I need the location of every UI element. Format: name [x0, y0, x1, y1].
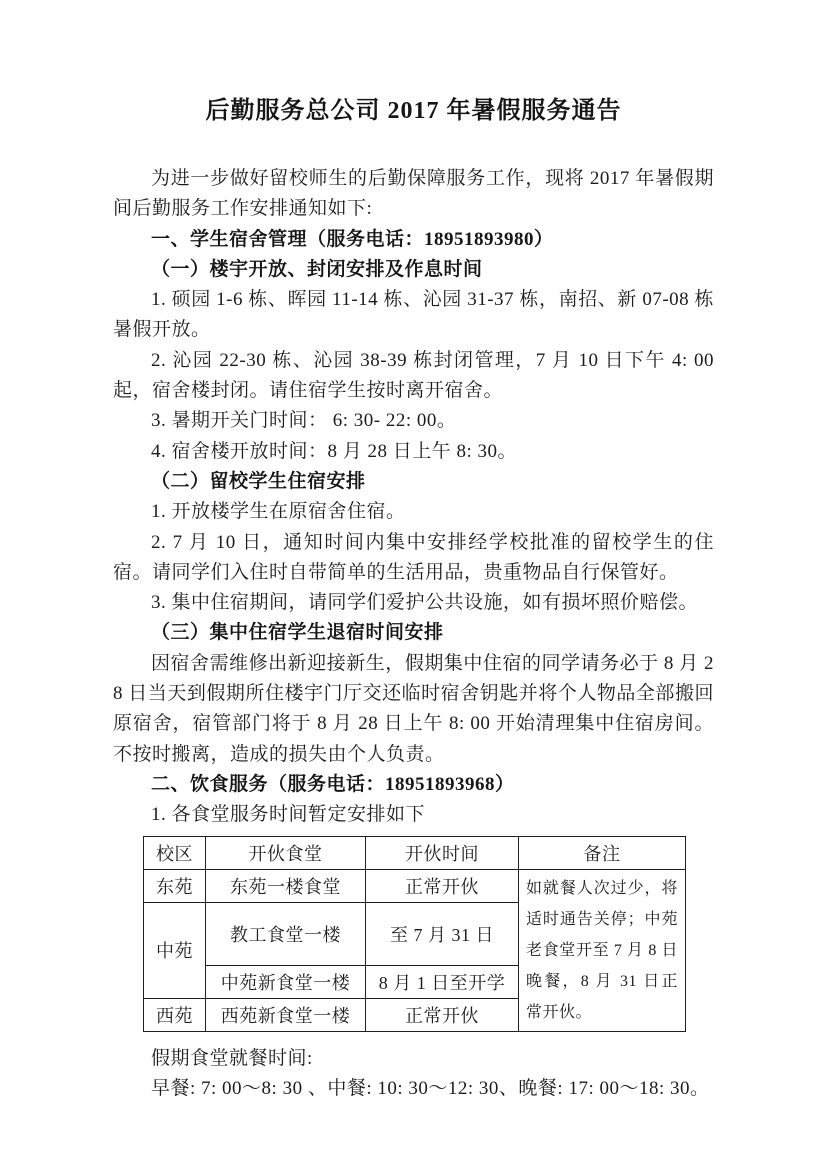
table-header-campus: 校区: [144, 836, 206, 869]
table-header-row: 校区 开伙食堂 开伙时间 备注: [144, 836, 686, 869]
section1-sub1-item3: 3. 暑期开关门时间： 6: 30- 22: 00。: [113, 406, 714, 436]
cell-time: 至 7 月 31 日: [366, 902, 519, 965]
section1-sub3-body: 因宿舍需维修出新迎接新生，假期集中住宿的同学请务必于 8 月 28 日当天到假期…: [113, 649, 714, 770]
meal-times-line: 早餐: 7: 00～8: 30 、中餐: 10: 30～12: 30、晚餐: 1…: [113, 1074, 714, 1104]
table-header-remark: 备注: [519, 836, 686, 869]
cell-canteen: 西苑新食堂一楼: [206, 998, 366, 1031]
section1-sub2-item1: 1. 开放楼学生在原宿舍住宿。: [113, 497, 714, 527]
cell-campus: 东苑: [144, 869, 206, 902]
table-row: 东苑 东苑一楼食堂 正常开伙 如就餐人次过少，将适时通告关停；中苑老食堂开至 7…: [144, 869, 686, 902]
document-title: 后勤服务总公司 2017 年暑假服务通告: [113, 96, 714, 126]
table-header-canteen: 开伙食堂: [206, 836, 366, 869]
document-page: 后勤服务总公司 2017 年暑假服务通告 为进一步做好留校师生的后勤保障服务工作…: [0, 0, 827, 1169]
cell-canteen: 东苑一楼食堂: [206, 869, 366, 902]
section2-heading: 二、饮食服务（服务电话：18951893968）: [113, 770, 714, 800]
table-header-time: 开伙时间: [366, 836, 519, 869]
cell-canteen: 教工食堂一楼: [206, 902, 366, 965]
section1-sub2-heading: （二）留校学生住宿安排: [113, 467, 714, 497]
cell-remark: 如就餐人次过少，将适时通告关停；中苑老食堂开至 7 月 8 日晚餐，8 月 31…: [519, 869, 686, 1031]
section1-sub1-item1: 1. 硕园 1-6 栋、晖园 11-14 栋、沁园 31-37 栋，南招、新 0…: [113, 285, 714, 346]
cell-time: 8 月 1 日至开学: [366, 965, 519, 998]
cell-time: 正常开伙: [366, 998, 519, 1031]
section1-sub2-item3: 3. 集中住宿期间，请同学们爱护公共设施，如有损坏照价赔偿。: [113, 588, 714, 618]
section1-sub2-item2: 2. 7 月 10 日，通知时间内集中安排经学校批准的留校学生的住宿。请同学们入…: [113, 528, 714, 589]
meal-times-label: 假期食堂就餐时间:: [113, 1044, 714, 1074]
canteen-schedule-table-wrapper: 校区 开伙食堂 开伙时间 备注 东苑 东苑一楼食堂 正常开伙 如就餐人次过少，将…: [143, 836, 714, 1032]
canteen-schedule-table: 校区 开伙食堂 开伙时间 备注 东苑 东苑一楼食堂 正常开伙 如就餐人次过少，将…: [143, 836, 686, 1032]
cell-canteen: 中苑新食堂一楼: [206, 965, 366, 998]
section1-heading: 一、学生宿舍管理（服务电话：18951893980）: [113, 225, 714, 255]
cell-time: 正常开伙: [366, 869, 519, 902]
section2-intro-item: 1. 各食堂服务时间暂定安排如下: [113, 800, 714, 830]
cell-campus: 中苑: [144, 902, 206, 998]
section1-sub3-heading: （三）集中住宿学生退宿时间安排: [113, 618, 714, 648]
cell-campus: 西苑: [144, 998, 206, 1031]
intro-paragraph: 为进一步做好留校师生的后勤保障服务工作，现将 2017 年暑假期间后勤服务工作安…: [113, 164, 714, 225]
section1-sub1-heading: （一）楼宇开放、封闭安排及作息时间: [113, 255, 714, 285]
section1-sub1-item2: 2. 沁园 22-30 栋、沁园 38-39 栋封闭管理，7 月 10 日下午 …: [113, 346, 714, 407]
section1-sub1-item4: 4. 宿舍楼开放时间：8 月 28 日上午 8: 30。: [113, 437, 714, 467]
